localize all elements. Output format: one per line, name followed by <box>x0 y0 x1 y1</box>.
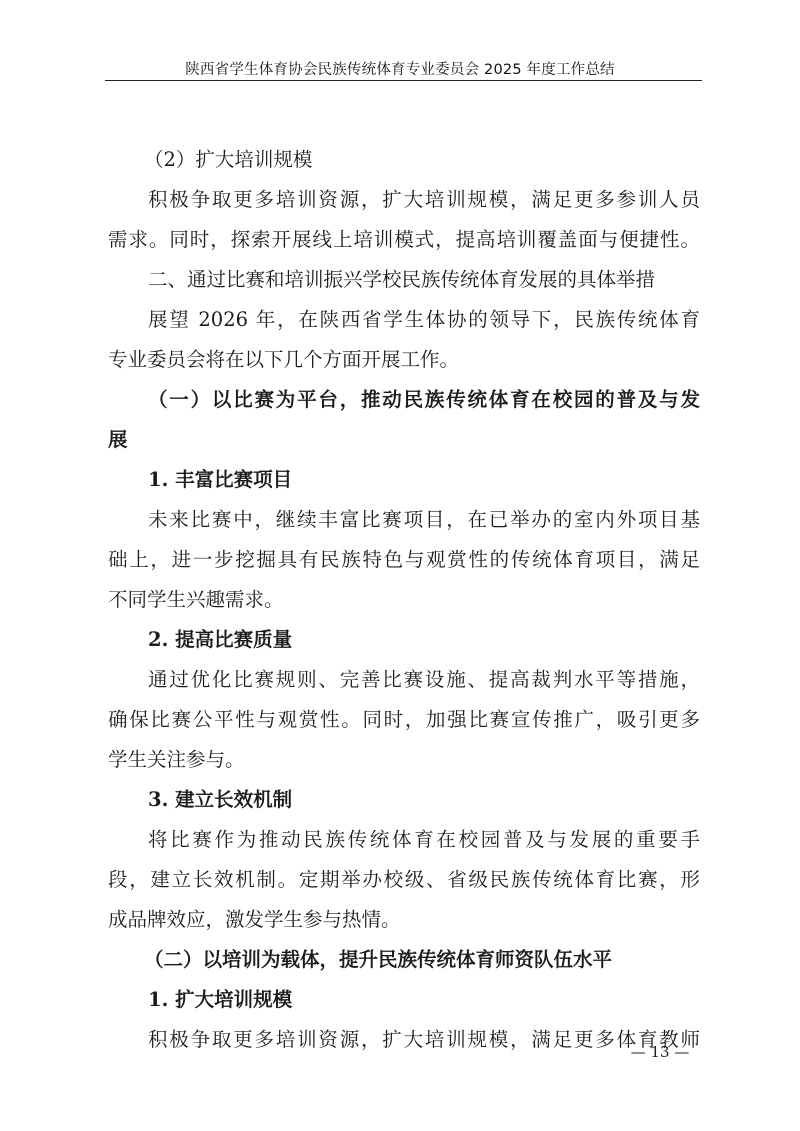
item-heading: 2. 提高比赛质量 <box>108 620 700 660</box>
header-divider <box>105 80 702 81</box>
paragraph-line: 专业委员会将在以下几个方面开展工作。 <box>108 340 700 380</box>
item-heading: 1. 丰富比赛项目 <box>108 460 700 500</box>
paragraph-line: 积极争取更多培训资源，扩大培训规模，满足更多参训人员 <box>108 180 700 220</box>
item-heading: 1. 扩大培训规模 <box>108 980 700 1020</box>
page-number: — 13 — <box>610 1043 710 1061</box>
paragraph-line: 未来比赛中，继续丰富比赛项目，在已举办的室内外项目基 <box>108 500 700 540</box>
subheading-expand-training: （2）扩大培训规模 <box>108 140 700 180</box>
paragraph-line: 确保比赛公平性与观赏性。同时，加强比赛宣传推广，吸引更多 <box>108 700 700 740</box>
paragraph-line: 学生关注参与。 <box>108 740 700 780</box>
part-heading-continued: 展 <box>108 420 700 460</box>
running-header: 陕西省学生体育协会民族传统体育专业委员会 2025 年度工作总结 <box>100 58 700 79</box>
paragraph-line: 将比赛作为推动民族传统体育在校园普及与发展的重要手 <box>108 820 700 860</box>
paragraph-line: 成品牌效应，激发学生参与热情。 <box>108 900 700 940</box>
paragraph-line: 展望 2026 年，在陕西省学生体协的领导下，民族传统体育 <box>108 300 700 340</box>
paragraph-line: 础上，进一步挖掘具有民族特色与观赏性的传统体育项目，满足 <box>108 540 700 580</box>
part-heading: （二）以培训为载体，提升民族传统体育师资队伍水平 <box>108 940 700 980</box>
part-heading: （一）以比赛为平台，推动民族传统体育在校园的普及与发 <box>108 380 700 420</box>
paragraph-line: 不同学生兴趣需求。 <box>108 580 700 620</box>
item-heading: 3. 建立长效机制 <box>108 780 700 820</box>
paragraph-line: 需求。同时，探索开展线上培训模式，提高培训覆盖面与便捷性。 <box>108 220 700 260</box>
paragraph-line: 段，建立长效机制。定期举办校级、省级民族传统体育比赛，形 <box>108 860 700 900</box>
paragraph-line: 通过优化比赛规则、完善比赛设施、提高裁判水平等措施， <box>108 660 700 700</box>
document-body: （2）扩大培训规模 积极争取更多培训资源，扩大培训规模，满足更多参训人员 需求。… <box>108 140 700 1060</box>
section-heading: 二、通过比赛和培训振兴学校民族传统体育发展的具体举措 <box>108 260 700 300</box>
